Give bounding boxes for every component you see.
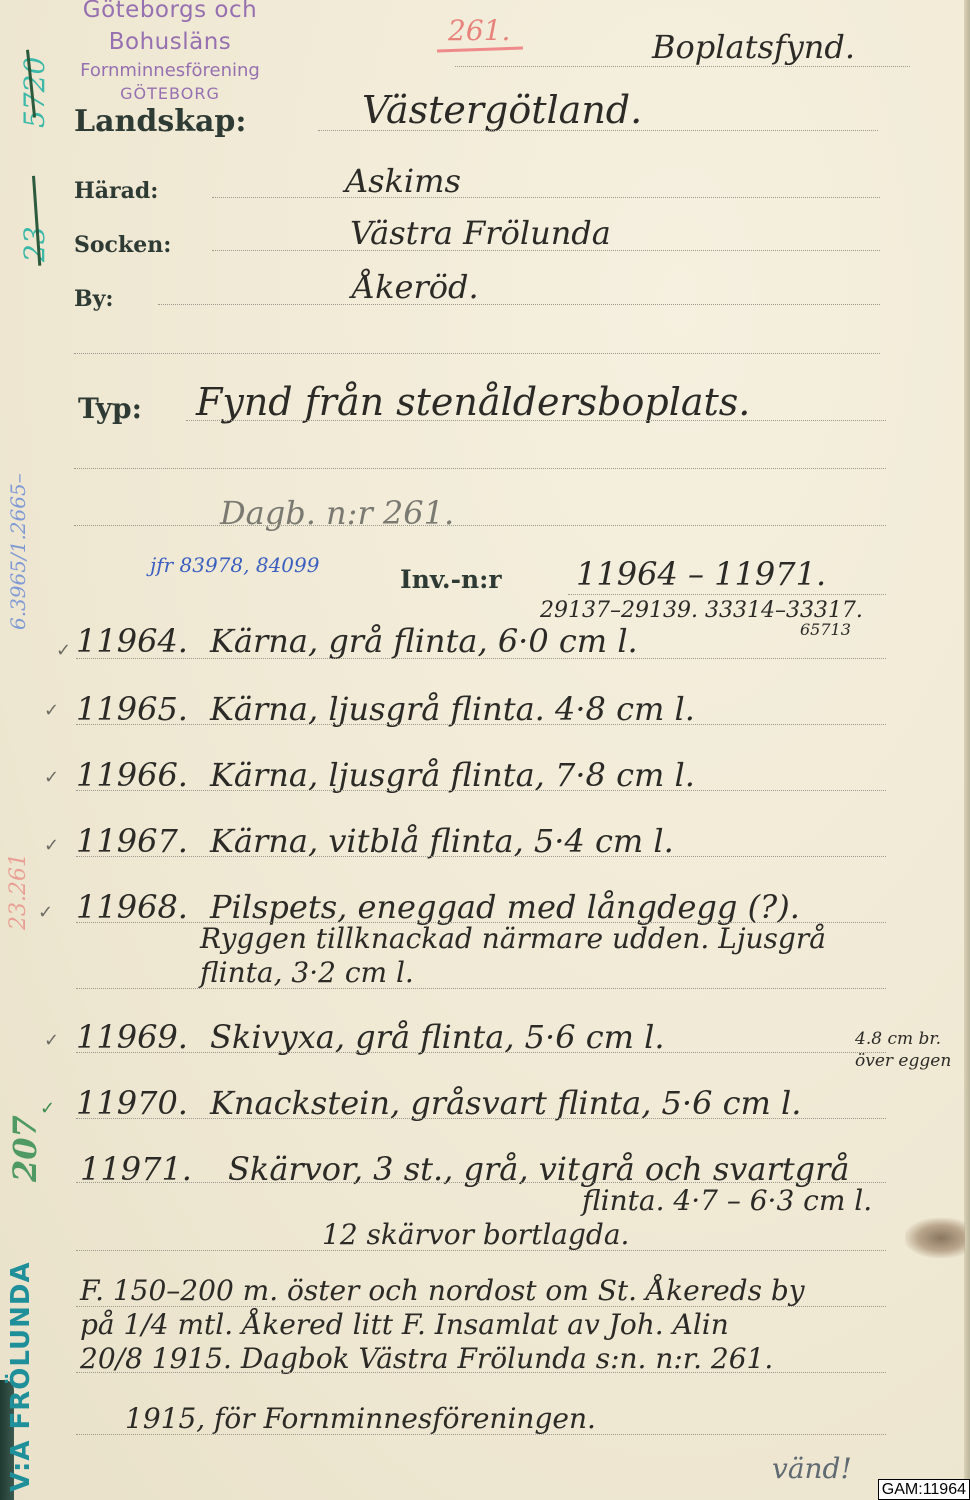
check-mark-icon: ✓ bbox=[44, 767, 59, 788]
item-text-line-3: flinta, 3·2 cm l. bbox=[200, 956, 414, 989]
margin-green-number: 207 bbox=[6, 1115, 44, 1182]
value-socken: Västra Frölunda bbox=[350, 214, 611, 252]
item-number: 11968. bbox=[76, 888, 188, 926]
dotted-rule bbox=[74, 525, 886, 526]
stamp-line-1: Göteborgs och bbox=[40, 0, 300, 26]
margin-teal-number-mid: 23 bbox=[18, 226, 51, 262]
dotted-rule bbox=[76, 1434, 886, 1435]
red-underline bbox=[437, 47, 523, 53]
item-number: 11969. bbox=[76, 1018, 188, 1056]
note-line-3: 20/8 1915. Dagbok Västra Frölunda s:n. n… bbox=[80, 1342, 773, 1375]
item-number: 11964. bbox=[76, 622, 188, 660]
catalog-card: Göteborgs och Bohusläns Fornminnesföreni… bbox=[0, 0, 970, 1500]
red-number: 261. bbox=[448, 14, 510, 47]
note-line-4: 1915, för Fornminnesföreningen. bbox=[125, 1402, 596, 1435]
margin-blue-vertical: 6.3965/1.2665– bbox=[6, 473, 30, 630]
item-text-line-2: flinta. 4·7 – 6·3 cm l. bbox=[582, 1184, 872, 1217]
item-number: 11965. bbox=[76, 690, 188, 728]
dotted-rule bbox=[455, 66, 910, 67]
society-stamp: Göteborgs och Bohusläns Fornminnesföreni… bbox=[40, 0, 300, 104]
item-text: Kärna, vitblå flinta, 5·4 cm l. bbox=[210, 822, 674, 860]
dotted-rule bbox=[74, 353, 880, 354]
item-text-line-2: Ryggen tillknackad närmare udden. Ljusgr… bbox=[200, 922, 826, 955]
item-text: Pilspets, eneggad med långdegg (?). bbox=[210, 888, 800, 926]
dotted-rule bbox=[568, 594, 886, 595]
check-mark-icon: ✓ bbox=[44, 1030, 59, 1051]
dotted-rule bbox=[76, 1118, 886, 1119]
dotted-rule bbox=[76, 1250, 886, 1251]
dotted-rule bbox=[186, 420, 886, 421]
card-edge bbox=[964, 0, 970, 1500]
dotted-rule bbox=[76, 1372, 886, 1373]
dotted-rule bbox=[74, 468, 886, 469]
dotted-rule bbox=[158, 304, 880, 305]
item-text-line-3: 12 skärvor bortlagda. bbox=[322, 1218, 629, 1251]
dotted-rule bbox=[76, 1182, 886, 1183]
stamp-line-2: Bohusläns bbox=[40, 26, 300, 58]
note-line-1: F. 150–200 m. öster och nordost om St. Å… bbox=[80, 1274, 805, 1307]
dotted-rule bbox=[212, 250, 880, 251]
check-mark-icon: ✓ bbox=[44, 835, 59, 856]
note-line-2: på 1/4 mtl. Åkered litt F. Insamlat av J… bbox=[80, 1308, 729, 1341]
label-landskap: Landskap: bbox=[74, 104, 247, 139]
label-socken: Socken: bbox=[74, 232, 171, 258]
check-mark-icon: ✓ bbox=[56, 640, 71, 661]
item-text: Skivyxa, grå flinta, 5·6 cm l. bbox=[210, 1018, 665, 1056]
item-number: 11970. bbox=[76, 1084, 188, 1122]
value-by: Åkeröd. bbox=[352, 268, 479, 306]
item-text: Kärna, grå flinta, 6·0 cm l. bbox=[210, 622, 638, 660]
margin-red-vertical: 23.261 bbox=[6, 853, 31, 930]
dotted-rule bbox=[76, 658, 886, 659]
dotted-rule bbox=[76, 988, 886, 989]
label-typ: Typ: bbox=[78, 392, 142, 425]
label-harad: Härad: bbox=[74, 178, 158, 204]
dotted-rule bbox=[318, 130, 878, 131]
small-ref: 65713 bbox=[800, 620, 851, 639]
turn-over-note: vänd! bbox=[772, 1452, 852, 1485]
label-inv: Inv.-n:r bbox=[400, 565, 502, 594]
item-text: Kärna, ljusgrå flinta. 4·8 cm l. bbox=[210, 690, 695, 728]
dagbok-number: Dagb. n:r 261. bbox=[220, 494, 454, 532]
ink-smudge bbox=[905, 1218, 965, 1258]
dotted-rule bbox=[212, 197, 880, 198]
side-note: 4.8 cm br. över eggen bbox=[855, 1028, 970, 1072]
value-typ: Fynd från stenåldersboplats. bbox=[196, 380, 750, 424]
value-inv: 11964 – 11971. bbox=[576, 555, 826, 593]
value-landskap: Västergötland. bbox=[362, 88, 642, 132]
item-number: 11967. bbox=[76, 822, 188, 860]
dotted-rule bbox=[76, 856, 886, 857]
item-text: Knackstein, gråsvart flinta, 5·6 cm l. bbox=[210, 1084, 801, 1122]
blue-cross-reference: jfr 83978, 84099 bbox=[150, 553, 319, 577]
item-number: 11966. bbox=[76, 756, 188, 794]
label-by: By: bbox=[74, 286, 114, 312]
item-text: Kärna, ljusgrå flinta, 7·8 cm l. bbox=[210, 756, 695, 794]
dotted-rule bbox=[76, 1306, 886, 1307]
check-mark-icon: ✓ bbox=[44, 700, 59, 721]
dotted-rule bbox=[76, 724, 886, 725]
catalog-id-tag: GAM:11964 bbox=[878, 1479, 970, 1500]
dotted-rule bbox=[76, 1052, 886, 1053]
category-text: Boplatsfynd. bbox=[652, 28, 855, 66]
value-harad: Askims bbox=[345, 162, 461, 200]
stamp-line-4: GÖTEBORG bbox=[40, 84, 300, 104]
stamp-line-3: Fornminnesförening bbox=[40, 58, 300, 84]
check-mark-icon: ✓ bbox=[38, 902, 53, 923]
vertical-parish-stamp: V:A FRÖLUNDA bbox=[6, 1261, 36, 1492]
dotted-rule bbox=[76, 790, 886, 791]
